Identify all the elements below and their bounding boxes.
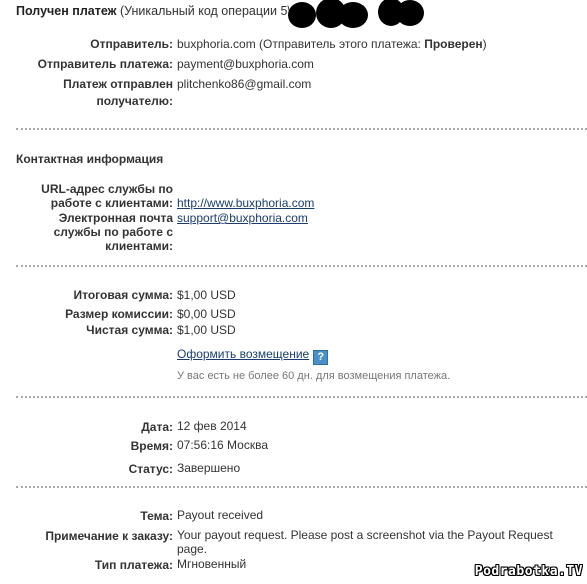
sender-value: buxphoria.com (Отправитель этого платежа… (177, 37, 487, 51)
watermark: Podrabotka.TV (475, 564, 583, 579)
support-url-label: URL-адрес службы по работе с клиентами: (41, 182, 173, 210)
recipient-email: plitchenko86@gmail.com (177, 77, 311, 91)
payer-email: payment@buxphoria.com (177, 57, 314, 71)
payer-label: Отправитель платежа: (38, 57, 173, 71)
recipient-label: Платеж отправлен получателю: (63, 77, 173, 108)
support-email-value: support@buxphoria.com (177, 211, 308, 225)
fee-value: $0,00 USD (177, 307, 236, 321)
section-divider (16, 486, 587, 488)
section-divider (16, 128, 587, 130)
redaction-mark (338, 2, 368, 28)
support-url-value: http://www.buxphoria.com (177, 196, 314, 210)
total-amount-label: Итоговая сумма: (73, 288, 173, 302)
recipient-label-line: Платеж отправлен (63, 77, 173, 91)
issue-refund-link[interactable]: Оформить возмещение (177, 347, 309, 361)
status-label: Статус: (129, 462, 173, 476)
support-url-link[interactable]: http://www.buxphoria.com (177, 196, 314, 210)
sender-name: buxphoria.com (Отправитель этого платежа… (177, 37, 424, 51)
sender-close-paren: ) (483, 37, 487, 51)
time-value: 07:56:16 Москва (177, 438, 268, 452)
subject-label: Тема: (140, 509, 173, 523)
refund-row: Оформить возмещение? (177, 347, 328, 365)
date-value: 12 фев 2014 (177, 419, 247, 433)
support-email-label-line: службы по работе с (54, 225, 173, 239)
support-email-link[interactable]: support@buxphoria.com (177, 211, 308, 225)
payment-header: Получен платеж (Уникальный код операции … (16, 4, 291, 18)
refund-deadline-note: У вас есть не более 60 дн. для возмещени… (177, 370, 450, 382)
support-url-label-line: работе с клиентами: (41, 196, 173, 210)
status-value: Завершено (177, 461, 240, 475)
time-label: Время: (131, 439, 173, 453)
subject-value: Payout received (177, 508, 263, 522)
net-amount-value: $1,00 USD (177, 323, 236, 337)
contact-section-title: Контактная информация (16, 152, 163, 166)
sender-label: Отправитель: (90, 37, 173, 51)
redaction-mark (288, 2, 316, 28)
date-label: Дата: (141, 420, 173, 434)
page-title: Получен платеж (16, 4, 116, 18)
net-amount-label: Чистая сумма: (86, 323, 173, 337)
redaction-mark (396, 0, 424, 26)
section-divider (16, 396, 587, 398)
section-divider (16, 265, 587, 267)
fee-label: Размер комиссии: (65, 307, 173, 321)
support-url-label-line: URL-адрес службы по (41, 182, 173, 196)
transaction-code-prefix: (Уникальный код операции 5\ (120, 4, 291, 18)
payment-type-value: Мгновенный (177, 557, 246, 571)
payment-type-label: Тип платежа: (95, 558, 173, 572)
total-amount-value: $1,00 USD (177, 288, 236, 302)
sender-verified-status: Проверен (424, 37, 482, 51)
help-icon[interactable]: ? (313, 350, 328, 365)
support-email-label-line: Электронная почта (54, 211, 173, 225)
order-note-label: Примечание к заказу: (45, 529, 173, 543)
support-email-label: Электронная почта службы по работе с кли… (54, 211, 173, 253)
support-email-label-line: клиентами: (54, 239, 173, 253)
order-note-value: Your payout request. Please post a scree… (177, 528, 572, 556)
recipient-label-line: получателю: (63, 94, 173, 108)
